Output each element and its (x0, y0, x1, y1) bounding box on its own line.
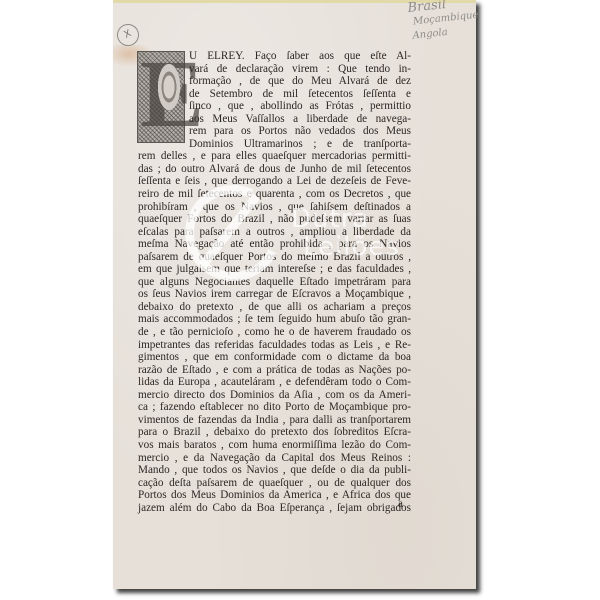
text-line: U ELREY. Faço ſaber aos que eſte Al- (138, 50, 411, 63)
text-line: formação , de que do Meu Alvará de dez (138, 75, 411, 88)
text-line: Dominios Ultramarinos ; e de tranſporta- (138, 138, 411, 151)
text-line: de Setembro de mil ſetecentos ſeſſenta e (138, 88, 411, 101)
text-line: das ; do outro Alvará de dous de Junho d… (138, 163, 411, 176)
text-line: Mando , que todos os Navios , que deſde … (138, 464, 411, 477)
text-line: reiro de mil ſetecentos e quarenta , com… (138, 188, 411, 201)
text-line: em que julgaſsem que teriam intereſse ; … (138, 263, 411, 276)
text-line: vimentos de fazendas da India , para dal… (138, 414, 411, 427)
text-line: debaixo do pretexto , de que alli os ach… (138, 301, 411, 314)
text-line: vos mais baratos , com huma enormiſſima … (138, 439, 411, 452)
text-line: Portos dos Meus Dominios da America , e … (138, 489, 411, 502)
text-line: eſcalas para paſsarem a outros , ampliou… (138, 226, 411, 239)
text-line: os ſeus Navios irem carregar de Eſcravos… (138, 288, 411, 301)
text-line: aos Meus Vaſſallos a liberdade de navega… (138, 113, 411, 126)
document-page: X Brasil Moçambique Angola E U ELREY. Fa… (113, 0, 476, 589)
text-line: razão de Eſtado , e com a prática de tod… (138, 364, 411, 377)
text-line: ſeſſenta e ſeis , que derrogando a Lei d… (138, 175, 411, 188)
text-line: ſinco , que , abollindo as Frótas , perm… (138, 100, 411, 113)
text-line: quaeſquer Fortos do Brazil , não pudeſse… (138, 213, 411, 226)
text-line: cação deſta paſsarem de quaeſquer , ou d… (138, 477, 411, 490)
text-line: rem para os Portos não vedados dos Meus (138, 125, 411, 138)
text-line: mercio , e da Navegação da Capital dos M… (138, 452, 411, 465)
pencil-annotations: Brasil Moçambique Angola (407, 0, 481, 44)
text-line: que alguns Negociantes daquelle Eſtado i… (138, 276, 411, 289)
text-line: rem delles , e para elles quaeſquer merc… (138, 150, 411, 163)
text-line: mercio directo dos Dominios da Aſia , co… (138, 389, 411, 402)
text-line: paſsarem de quaeſquer Portos do meſmo Br… (138, 251, 411, 264)
text-line: jazem além do Cabo da Boa Eſperança , ſe… (138, 502, 411, 515)
text-line: ca ; fazendo eſtablecer no dito Porto de… (138, 401, 411, 414)
catchword: a (398, 498, 403, 510)
text-line: impetrantes das referidas faculdades tod… (138, 339, 411, 352)
text-line: mais accommodados ; ſe tem ſeguido hum a… (138, 313, 411, 326)
text-line: meſma Navegação até então prohibida , pa… (138, 238, 411, 251)
text-line: prohibíram , que os Navios , que ſahiſse… (138, 201, 411, 214)
text-line: lidas da Europa , acauteláram , e defend… (138, 376, 411, 389)
decree-text: U ELREY. Faço ſaber aos que eſte Al- var… (138, 50, 411, 514)
text-line: para o Brazil , debaixo do pretexto dos … (138, 426, 411, 439)
text-line: gimentos , que em conformidade com o dic… (138, 351, 411, 364)
text-line: vará de declaração virem : Que tendo in- (138, 63, 411, 76)
text-line: de , e tão pernicioſo , como he o de hav… (138, 326, 411, 339)
